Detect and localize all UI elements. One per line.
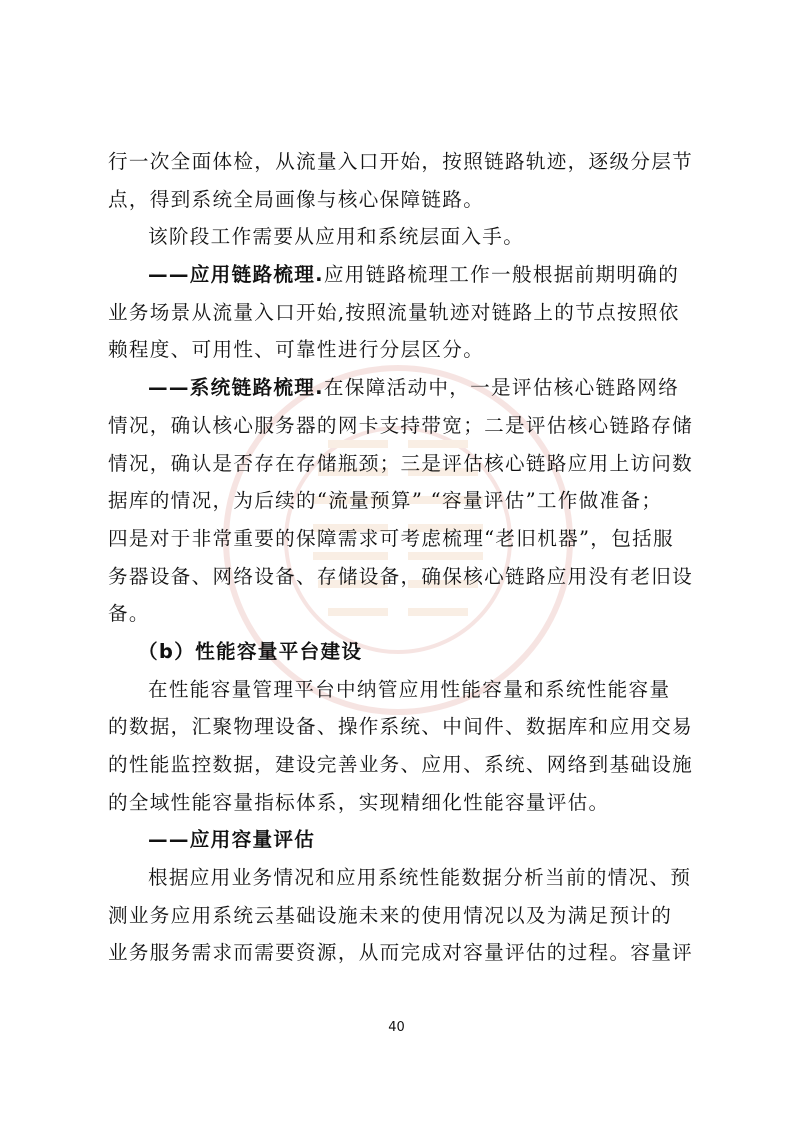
paragraph-line: 根据应用业务情况和应用系统性能数据分析当前的情况、预 xyxy=(108,859,692,897)
paragraph-line: ——系统链路梳理.在保障活动中，一是评估核心链路网络 xyxy=(108,369,692,407)
paragraph-text: 应用链路梳理工作一般根据前期明确的 xyxy=(324,263,679,286)
paragraph-line: 情况，确认是否存在存储瓶颈；三是评估核心链路应用上访问数 xyxy=(108,445,692,483)
paragraph-line: 业务场景从流量入口开始,按照流量轨迹对链路上的节点按照依 xyxy=(108,294,692,332)
page-number: 40 xyxy=(0,1020,793,1035)
paragraph-line: 情况，确认核心服务器的网卡支持带宽；二是评估核心链路存储 xyxy=(108,407,692,445)
paragraph-line: 的数据，汇聚物理设备、操作系统、中间件、数据库和应用交易 xyxy=(108,708,692,746)
inline-heading: ——系统链路梳理. xyxy=(148,376,324,399)
paragraph-line: 备。 xyxy=(108,595,692,633)
paragraph-line: 在性能容量管理平台中纳管应用性能容量和系统性能容量 xyxy=(108,671,692,709)
subheading: ——应用容量评估 xyxy=(108,821,692,859)
paragraph-line: 赖程度、可用性、可靠性进行分层区分。 xyxy=(108,331,692,369)
paragraph-line: 的全域性能容量指标体系，实现精细化性能容量评估。 xyxy=(108,784,692,822)
inline-heading: ——应用链路梳理. xyxy=(148,263,324,286)
paragraph-text: 在保障活动中，一是评估核心链路网络 xyxy=(324,376,679,399)
paragraph-line: 四是对于非常重要的保障需求可考虑梳理“老旧机器”，包括服 xyxy=(108,520,692,558)
paragraph-line: 的性能监控数据，建设完善业务、应用、系统、网络到基础设施 xyxy=(108,746,692,784)
paragraph-line: 测业务应用系统云基础设施未来的使用情况以及为满足预计的 xyxy=(108,897,692,935)
paragraph-line: 该阶段工作需要从应用和系统层面入手。 xyxy=(108,218,692,256)
section-heading: （b）性能容量平台建设 xyxy=(108,633,692,671)
paragraph-line: 业务服务需求而需要资源，从而完成对容量评估的过程。容量评 xyxy=(108,934,692,972)
paragraph-line: ——应用链路梳理.应用链路梳理工作一般根据前期明确的 xyxy=(108,256,692,294)
paragraph-line: 行一次全面体检，从流量入口开始，按照链路轨迹，逐级分层节 xyxy=(108,143,692,181)
paragraph-line: 据库的情况，为后续的“流量预算” “容量评估”工作做准备； xyxy=(108,482,692,520)
document-body: 行一次全面体检，从流量入口开始，按照链路轨迹，逐级分层节 点，得到系统全局画像与… xyxy=(108,143,692,972)
paragraph-line: 务器设备、网络设备、存储设备，确保核心链路应用没有老旧设 xyxy=(108,558,692,596)
paragraph-line: 点，得到系统全局画像与核心保障链路。 xyxy=(108,181,692,219)
